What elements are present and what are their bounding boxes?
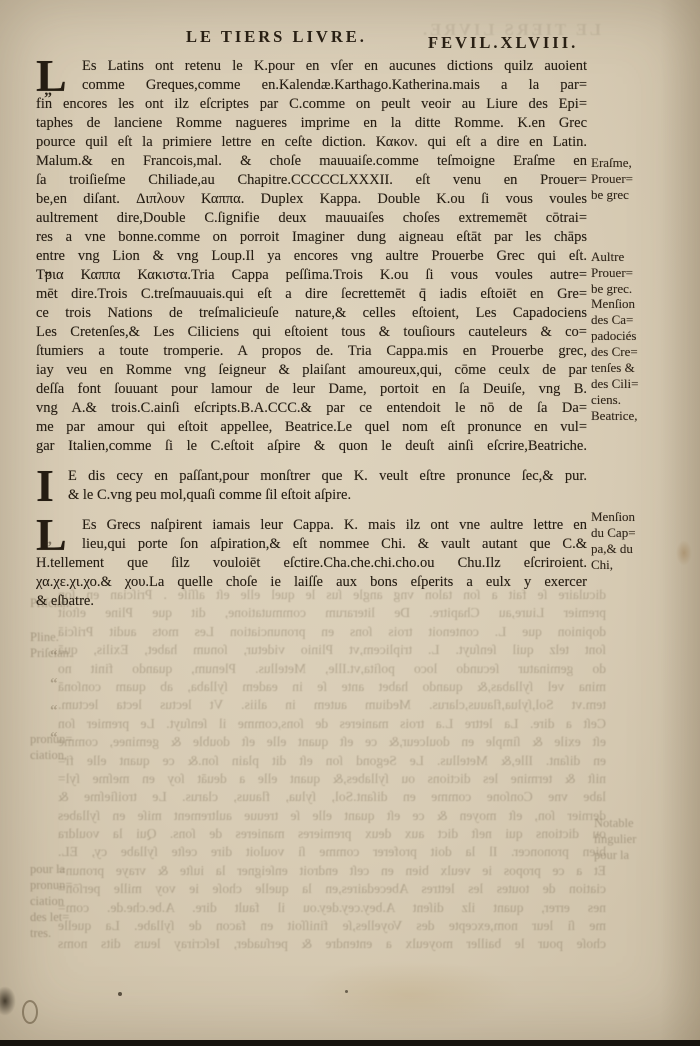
bleedthrough-line: dernier ſon, eſt moyen & ce eſt quant el… xyxy=(58,807,606,825)
margin-note-line: Menſion xyxy=(591,509,677,525)
bleedthrough-line: me ſi leur nom,excepte des Voyelles,ſe f… xyxy=(58,917,606,935)
bleedthrough-line: Et a ce propos ie veulx bien en ceſt end… xyxy=(58,862,606,880)
text-line: & le C.vng peu mol,quaſi comme ſil eſtoi… xyxy=(68,486,587,505)
text-line: deſſa font ſouuant pour lamour de leur D… xyxy=(36,380,587,399)
bleedthrough-line: diculaire ſe fait a ſon talon vng angle … xyxy=(58,586,606,604)
bleedthrough-line: choſe pour le bailler moyeulx a entendre… xyxy=(58,935,606,953)
text-line: Malum.& en Francois,mal. & choſe mauuaiſ… xyxy=(36,152,587,171)
bleedthrough-line: bien prononcer. Il la doit proferer comm… xyxy=(58,843,606,861)
bleedthrough-line: premier Liure,au Chapitre. De literarum … xyxy=(58,604,606,622)
text-line: ce trois Nations de treſmalicieuſe natur… xyxy=(36,304,587,323)
bleedthrough-line: mina vel ſyllabas,& quando habet ante ſe… xyxy=(58,678,606,696)
bleedthrough-line: tem.vt Sol,ſylua,flauus,clarus. Medium a… xyxy=(58,696,606,714)
ink-smudge xyxy=(22,1000,38,1024)
text-line: Es Latins ont retenu le K.pour en vſer e… xyxy=(82,57,587,76)
bleedthrough-line: do geminatur ſecundo loco poſita,vt.Ille… xyxy=(58,660,606,678)
margin-note-line: pa,& du xyxy=(591,541,677,557)
text-line: pource quil eſt la primiere lettre en ce… xyxy=(36,133,587,152)
text-line: comme Greques,comme en.Kalendæ.Karthago.… xyxy=(82,76,587,95)
bleedthrough-line: nes errer, quant ilz diſent A.bey.cey.de… xyxy=(58,899,606,917)
bleedthrough-quotation-mark: “ xyxy=(50,730,58,747)
margin-note-line: be grec xyxy=(591,187,677,203)
bleedthrough-line: ſont telz quil ſenſuyt. L. triplicem,vt … xyxy=(58,641,606,659)
bleedthrough-margin-word: ciation, xyxy=(30,748,67,763)
text-line: taphes de lanciene Romme nagueres imprim… xyxy=(36,114,587,133)
ink-smudge xyxy=(0,986,16,1016)
margin-note-line: Chi, xyxy=(591,557,677,573)
margin-note-line: Eraſme, xyxy=(591,155,677,171)
text-line: ſa troiſieſme Chiliade,au Chapitre.CCCCC… xyxy=(36,171,587,190)
text-line: me par amour qui eſtoit appellee, Beatri… xyxy=(36,418,587,437)
margin-note-line: des Cili= xyxy=(591,376,677,392)
bleedthrough-line: en diſant. Ille,& Metellus. Le Segond ſo… xyxy=(58,752,606,770)
text-line: lieu,qui porte ſon aſpiration,& eſt nomm… xyxy=(82,535,587,554)
text-line: E dis cecy en paſſant,pour monſtrer que … xyxy=(68,467,587,486)
scan-edge xyxy=(0,1040,700,1046)
margin-note-line: Menſion xyxy=(591,296,677,312)
paper-stain xyxy=(300,960,520,1030)
text-line: mēt dire.Trois C.treſmauuais.qui eſt a d… xyxy=(36,285,587,304)
bleedthrough-line: niſt & termine les dictions ou ſyllabes,… xyxy=(58,770,606,788)
margin-note-line: Prouer= xyxy=(591,265,677,281)
text-line: aultrement dire,Double C.ſignifie deux m… xyxy=(36,209,587,228)
bleedthrough-margin-word: tres. xyxy=(30,926,51,941)
text-line: H.tellement que ſilz vouloiēt eſctire.Ch… xyxy=(36,554,587,573)
bleedthrough-quotation-mark: “ xyxy=(50,648,58,665)
margin-note-line: des Ca= xyxy=(591,312,677,328)
drop-cap: L xyxy=(36,516,82,554)
margin-note-line: Prouer= xyxy=(591,171,677,187)
margin-note: Eraſme,Prouer=be grec xyxy=(591,155,677,203)
margin-note-line: Aultre xyxy=(591,249,677,265)
bleedthrough-quotation-mark: “ xyxy=(50,703,58,720)
text-line: gar Italien,comme ſi le C.eſtoit aſpire … xyxy=(36,437,587,456)
margin-note-line: ciens. xyxy=(591,392,677,408)
bleedthrough-margin-word: pour la xyxy=(30,862,65,877)
bleedthrough-quotation-mark: “ xyxy=(50,676,58,693)
text-line: fin encores les ont ilz eſcriptes par C.… xyxy=(36,95,587,114)
text-line: Les Cretenſes,& Les Ciliciens qui eſtoie… xyxy=(36,323,587,342)
paragraph: LEs Latins ont retenu le K.pour en vſer … xyxy=(36,57,587,456)
bleedthrough-margin-word: Notable xyxy=(594,816,634,831)
ink-dot xyxy=(118,992,122,996)
text-line: iay veu en Romme vng ſeigneur & plaiſant… xyxy=(36,361,587,380)
drop-cap: I xyxy=(36,467,68,505)
text-line: Τρια Καππα Κακιστα.Tria Cappa peſſima.Tr… xyxy=(36,266,587,285)
margin-note-line: padociés xyxy=(591,328,677,344)
book-page-scan: LE TIERS LIVRE. FEVIL.XLVIII. LE TIERS L… xyxy=(0,0,700,1040)
bleedthrough-margin-word: Pline. xyxy=(30,630,59,645)
bleedthrough-margin-word: ſingulier xyxy=(594,832,636,847)
margin-note-line: des Cre= xyxy=(591,344,677,360)
margin-note-line: Beatrice, xyxy=(591,408,677,424)
bleedthrough-margin-word: pour la xyxy=(594,848,629,863)
bleedthrough-margin-word: des let= xyxy=(30,910,69,925)
bleedthrough-line: Ceſt a dire. La lettre L.a trois maniere… xyxy=(58,715,606,733)
bleedthrough-margin-word: pronun= xyxy=(30,878,72,893)
margin-note: Menſiondes Ca=padociésdes Cre=tenſes &de… xyxy=(591,296,677,424)
margin-note-line: be grec. xyxy=(591,281,677,297)
bleedthrough-line: dopinion que L. contenoit trois ſons en … xyxy=(58,623,606,641)
text-line: Es Grecs naſpirent iamais leur Cappa. K.… xyxy=(82,516,587,535)
bleedthrough-line: eſt exile & ſimple en doulceur,& ce eſt … xyxy=(58,733,606,751)
text-line: res a vne bonne.comme on porroit Imagine… xyxy=(36,228,587,247)
running-title: LE TIERS LIVRE. xyxy=(186,27,367,47)
bleedthrough-margin-word: ciation xyxy=(30,894,64,909)
margin-note-line: du Cap= xyxy=(591,525,677,541)
text-line: entre vng Lion & vng Loup.Il ya encores … xyxy=(36,247,587,266)
ink-dot xyxy=(345,990,348,993)
paragraph: IE dis cecy en paſſant,pour monſtrer que… xyxy=(36,467,587,505)
bleedthrough-text: diculaire ſe fait a ſon talon vng angle … xyxy=(58,586,606,954)
bleedthrough-line: labe vne Conſone comme en diſant.Sol, ſy… xyxy=(58,788,606,806)
drop-cap: L xyxy=(36,57,82,95)
bleedthrough-margin-word: Priſcian. xyxy=(30,596,72,611)
quotation-mark: ” xyxy=(44,90,52,108)
bleedthrough-line: ou dictions qui neſt dict aux deux premi… xyxy=(58,825,606,843)
margin-note: AultreProuer=be grec. xyxy=(591,249,677,297)
margin-note: Menſiondu Cap=pa,& duChi, xyxy=(591,509,677,573)
text-line: be,en diſant. Διπλουν Καππα. Duplex Kapp… xyxy=(36,190,587,209)
bleedthrough-line: ciation de toutes les lettres Abecedaire… xyxy=(58,880,606,898)
text-line: vng A.& trois.C.ainſi eſcripts.B.A.CCC.&… xyxy=(36,399,587,418)
main-text-block: LEs Latins ont retenu le K.pour en vſer … xyxy=(36,57,587,611)
text-line: ſtumiers a toute tromperie. A propos de.… xyxy=(36,342,587,361)
margin-note-line: tenſes & xyxy=(591,360,677,376)
header-bleedthrough-text: LE TIERS LIVRE. xyxy=(420,20,601,40)
quotation-mark: ” xyxy=(44,269,52,287)
quotation-mark: ” xyxy=(44,539,52,557)
